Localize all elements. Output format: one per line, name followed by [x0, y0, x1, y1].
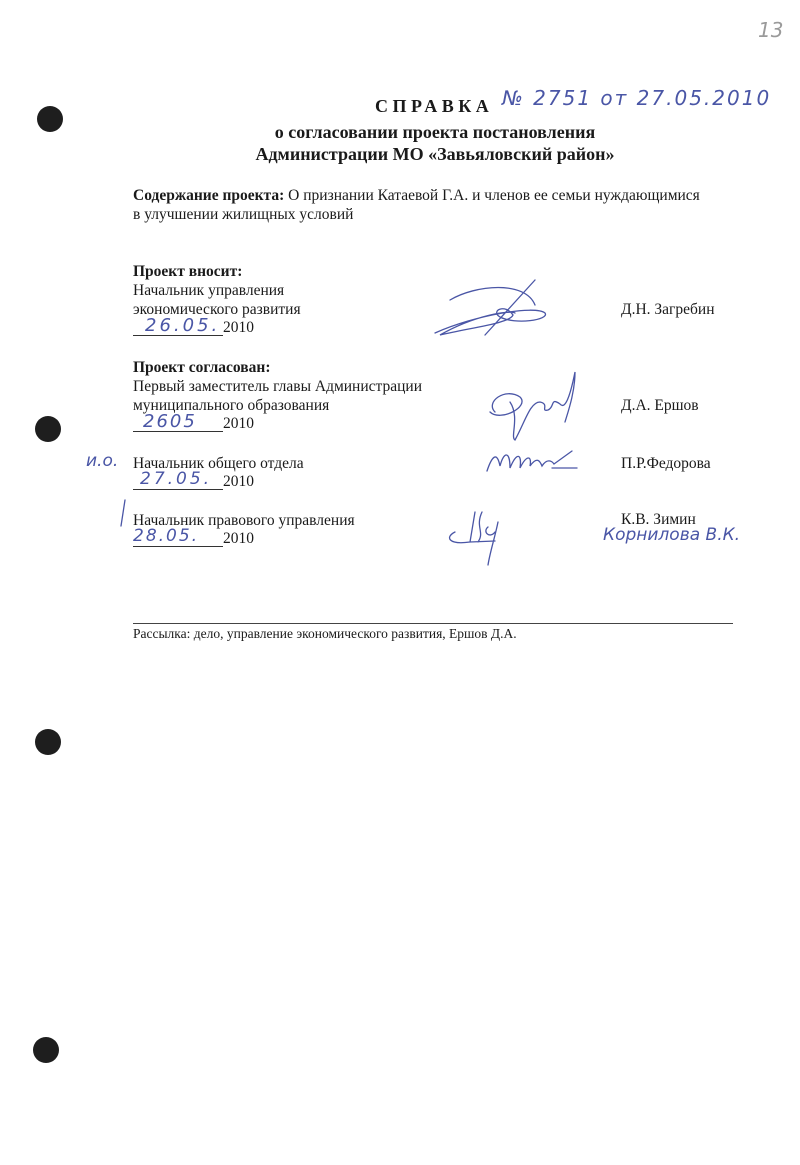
- approver-1-name: Д.А. Ершов: [621, 396, 699, 415]
- signature-ershov: [480, 362, 590, 442]
- punch-hole: [35, 416, 61, 442]
- submitter-name: Д.Н. Загребин: [621, 300, 715, 319]
- document-subtitle-line1: о согласовании проекта постановления: [0, 122, 800, 143]
- separator-line: [133, 623, 733, 624]
- distribution-list: Рассылка: дело, управление экономическог…: [133, 626, 517, 642]
- approver-2-name: П.Р.Федорова: [621, 454, 711, 473]
- signature-kornilova: [440, 507, 520, 567]
- approver-1-date: 2605: [143, 411, 197, 432]
- approver-2-prefix: и.о.: [86, 451, 118, 471]
- approver-3-date: 28.05.: [133, 526, 199, 546]
- project-content-text-cont: в улучшении жилищных условий: [133, 206, 353, 223]
- submitter-date: 26.05.: [145, 315, 220, 336]
- submitter-heading: Проект вносит:: [133, 262, 242, 281]
- project-content: Содержание проекта: О признании Катаевой…: [133, 186, 753, 224]
- signature-zagrebin: [415, 275, 555, 335]
- approver-2-year: 2010: [223, 473, 254, 491]
- submitter-position-line1: Начальник управления: [133, 281, 284, 300]
- approver-1-position-line1: Первый заместитель главы Администрации: [133, 377, 422, 396]
- approver-2-date: 27.05.: [140, 469, 212, 489]
- approver-3-name-handwritten: Корнилова В.К.: [603, 525, 740, 545]
- approver-1-year: 2010: [223, 415, 254, 433]
- punch-hole: [33, 1037, 59, 1063]
- page-number: 13: [758, 18, 783, 42]
- registration-number: № 2751 от 27.05.2010: [502, 86, 771, 110]
- margin-mark: [118, 498, 128, 528]
- project-content-text: О признании Катаевой Г.А. и членов ее се…: [288, 187, 700, 204]
- approver-3-year: 2010: [223, 530, 254, 548]
- submitter-year: 2010: [223, 319, 254, 337]
- document-title: СПРАВКА: [375, 96, 493, 117]
- project-content-label: Содержание проекта:: [133, 187, 284, 204]
- approvals-heading: Проект согласован:: [133, 358, 271, 377]
- punch-hole: [35, 729, 61, 755]
- signature-fedorova: [482, 446, 582, 476]
- document-subtitle-line2: Администрации МО «Завьяловский район»: [0, 144, 800, 165]
